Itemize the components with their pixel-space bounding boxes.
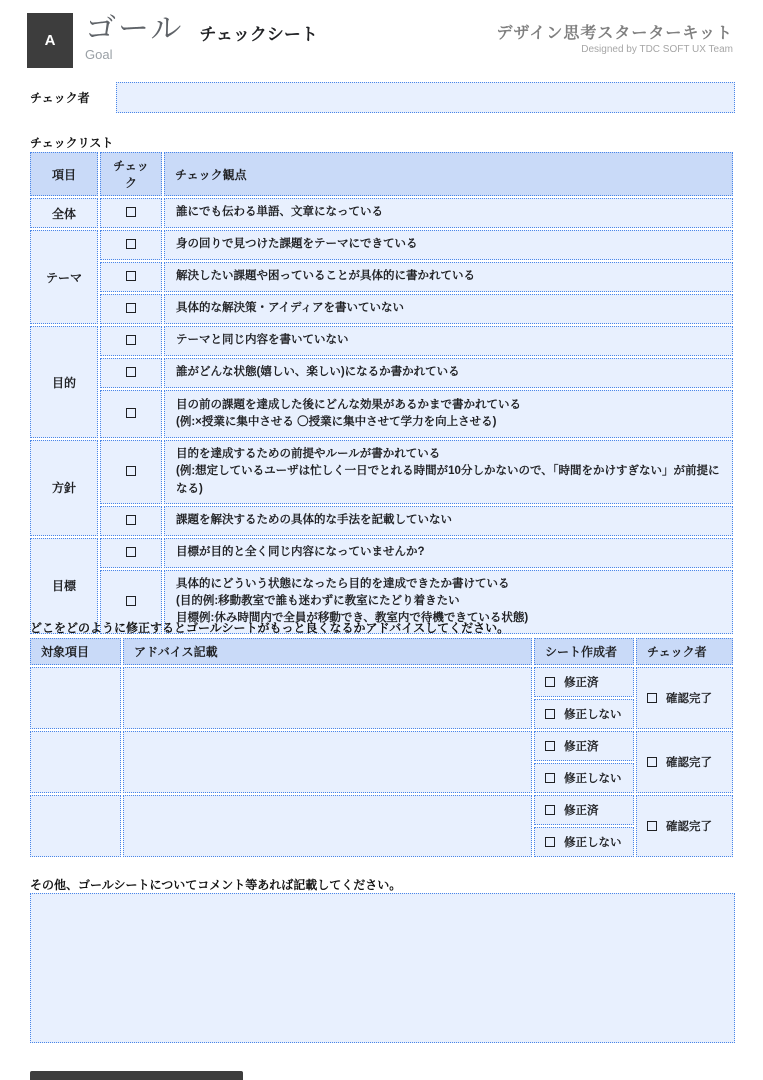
comment-section-label: その他、ゴールシートについてコメント等あれば記載してください。 [30, 876, 401, 893]
checklist-section-label: チェックリスト [30, 134, 113, 151]
checklist-table: 項目 チェック チェック観点 全体 誰にでも伝わる単語、文章になっている テーマ… [28, 150, 735, 636]
item-label-theme: テーマ [30, 230, 98, 324]
checklist-checkbox-cell[interactable] [100, 390, 162, 438]
kit-name: デザイン思考スターターキット [496, 20, 733, 43]
col-header-check: チェック [100, 152, 162, 196]
target-item-input[interactable] [30, 731, 121, 793]
table-row: 方針 目的を達成するための前提やルールが書かれている (例:想定しているユーザは… [30, 440, 733, 504]
check-point: 具体的な解決策・アイディアを書いていない [164, 294, 733, 324]
col-header-target-item: 対象項目 [30, 638, 121, 665]
col-header-viewpoint: チェック観点 [164, 152, 733, 196]
check-point: テーマと同じ内容を書いていない [164, 326, 733, 356]
checkbox-icon[interactable] [647, 693, 657, 703]
advice-section-label: どこをどのように修正するとゴールシートがもっと良くなるかアドバイスしてください。 [30, 619, 509, 636]
option-label: 確認完了 [666, 754, 712, 770]
check-point: 目の前の課題を達成した後にどんな効果があるかまで書かれている (例:×授業に集中… [164, 390, 733, 438]
checkbox-icon[interactable] [126, 303, 136, 313]
checklist-header-row: 項目 チェック チェック観点 [30, 152, 733, 196]
table-row: 目の前の課題を達成した後にどんな効果があるかまで書かれている (例:×授業に集中… [30, 390, 733, 438]
creator-option-fixed[interactable]: 修正済 [534, 795, 634, 825]
check-point: 目標が目的と全く同じ内容になっていませんか? [164, 538, 733, 568]
advice-text-input[interactable] [123, 795, 532, 857]
col-header-checker: チェック者 [636, 638, 733, 665]
checkbox-icon[interactable] [126, 515, 136, 525]
title-group: ゴール Goal チェックシート [85, 13, 318, 62]
checkbox-icon[interactable] [545, 677, 555, 687]
table-row: 誰がどんな状態(嬉しい、楽しい)になるか書かれている [30, 358, 733, 388]
checkbox-icon[interactable] [647, 757, 657, 767]
target-item-input[interactable] [30, 667, 121, 729]
checklist-checkbox-cell[interactable] [100, 262, 162, 292]
option-label: 修正済 [564, 802, 599, 818]
checkbox-icon[interactable] [126, 547, 136, 557]
checkbox-icon[interactable] [126, 408, 136, 418]
option-label: 確認完了 [666, 818, 712, 834]
page-subtitle: チェックシート [199, 20, 318, 62]
table-row: 全体 誰にでも伝わる単語、文章になっている [30, 198, 733, 228]
title-block: ゴール Goal [85, 13, 183, 62]
checker-option-confirmed[interactable]: 確認完了 [636, 731, 733, 793]
checklist-checkbox-cell[interactable] [100, 326, 162, 356]
checker-field-label: チェック者 [30, 89, 108, 106]
check-point: 誰がどんな状態(嬉しい、楽しい)になるか書かれている [164, 358, 733, 388]
table-row: 修正済 確認完了 [30, 795, 733, 825]
page-title: ゴール [85, 13, 183, 46]
table-row: 目標 目標が目的と全く同じ内容になっていませんか? [30, 538, 733, 568]
table-row: 目的 テーマと同じ内容を書いていない [30, 326, 733, 356]
checklist-checkbox-cell[interactable] [100, 506, 162, 536]
advice-text-input[interactable] [123, 731, 532, 793]
next-sheet-peek [30, 1071, 243, 1080]
col-header-item: 項目 [30, 152, 98, 196]
checkbox-icon[interactable] [545, 773, 555, 783]
check-point: 誰にでも伝わる単語、文章になっている [164, 198, 733, 228]
checker-option-confirmed[interactable]: 確認完了 [636, 667, 733, 729]
checkbox-icon[interactable] [647, 821, 657, 831]
checker-option-confirmed[interactable]: 確認完了 [636, 795, 733, 857]
check-point: 解決したい課題や困っていることが具体的に書かれている [164, 262, 733, 292]
checkbox-icon[interactable] [126, 596, 136, 606]
advice-header-row: 対象項目 アドバイス記載 シート作成者 チェック者 [30, 638, 733, 665]
sheet-badge: A [27, 13, 73, 68]
checklist-checkbox-cell[interactable] [100, 538, 162, 568]
creator-option-not-fixed[interactable]: 修正しない [534, 827, 634, 857]
item-label-policy: 方針 [30, 440, 98, 536]
advice-text-input[interactable] [123, 667, 532, 729]
target-item-input[interactable] [30, 795, 121, 857]
comment-input[interactable] [30, 893, 735, 1043]
kit-branding: デザイン思考スターターキット Designed by TDC SOFT UX T… [496, 20, 733, 55]
table-row: 修正済 確認完了 [30, 667, 733, 697]
checkbox-icon[interactable] [545, 709, 555, 719]
checklist-checkbox-cell[interactable] [100, 294, 162, 324]
check-point: 目的を達成するための前提やルールが書かれている (例:想定しているユーザは忙しく… [164, 440, 733, 504]
checkbox-icon[interactable] [126, 335, 136, 345]
option-label: 修正済 [564, 738, 599, 754]
item-label-overall: 全体 [30, 198, 98, 228]
table-row: 解決したい課題や困っていることが具体的に書かれている [30, 262, 733, 292]
check-point: 課題を解決するための具体的な手法を記載していない [164, 506, 733, 536]
option-label: 確認完了 [666, 690, 712, 706]
option-label: 修正済 [564, 674, 599, 690]
sheet-header: A ゴール Goal チェックシート デザイン思考スターターキット Design… [27, 13, 733, 73]
goal-check-sheet-page: A ゴール Goal チェックシート デザイン思考スターターキット Design… [0, 0, 763, 1080]
item-label-purpose: 目的 [30, 326, 98, 438]
checklist-checkbox-cell[interactable] [100, 198, 162, 228]
sheet-badge-letter: A [45, 32, 56, 49]
col-header-sheet-creator: シート作成者 [534, 638, 634, 665]
option-label: 修正しない [564, 834, 622, 850]
col-header-advice: アドバイス記載 [123, 638, 532, 665]
checkbox-icon[interactable] [126, 207, 136, 217]
table-row: 修正済 確認完了 [30, 731, 733, 761]
checkbox-icon[interactable] [545, 741, 555, 751]
checkbox-icon[interactable] [545, 805, 555, 815]
table-row: 課題を解決するための具体的な手法を記載していない [30, 506, 733, 536]
creator-option-not-fixed[interactable]: 修正しない [534, 763, 634, 793]
checker-name-input[interactable] [116, 82, 735, 113]
checklist-checkbox-cell[interactable] [100, 440, 162, 504]
checkbox-icon[interactable] [126, 271, 136, 281]
checkbox-icon[interactable] [545, 837, 555, 847]
creator-option-not-fixed[interactable]: 修正しない [534, 699, 634, 729]
checkbox-icon[interactable] [126, 239, 136, 249]
table-row: 具体的な解決策・アイディアを書いていない [30, 294, 733, 324]
checklist-checkbox-cell[interactable] [100, 230, 162, 260]
option-label: 修正しない [564, 706, 622, 722]
checkbox-icon[interactable] [126, 367, 136, 377]
kit-credit: Designed by TDC SOFT UX Team [496, 44, 733, 55]
checker-field-row: チェック者 [30, 82, 735, 113]
advice-table: 対象項目 アドバイス記載 シート作成者 チェック者 修正済 確認完了 修正しない [28, 636, 735, 859]
creator-option-fixed[interactable]: 修正済 [534, 667, 634, 697]
check-point: 身の回りで見つけた課題をテーマにできている [164, 230, 733, 260]
page-title-english: Goal [85, 47, 183, 62]
checkbox-icon[interactable] [126, 466, 136, 476]
checklist-checkbox-cell[interactable] [100, 358, 162, 388]
option-label: 修正しない [564, 770, 622, 786]
creator-option-fixed[interactable]: 修正済 [534, 731, 634, 761]
table-row: テーマ 身の回りで見つけた課題をテーマにできている [30, 230, 733, 260]
